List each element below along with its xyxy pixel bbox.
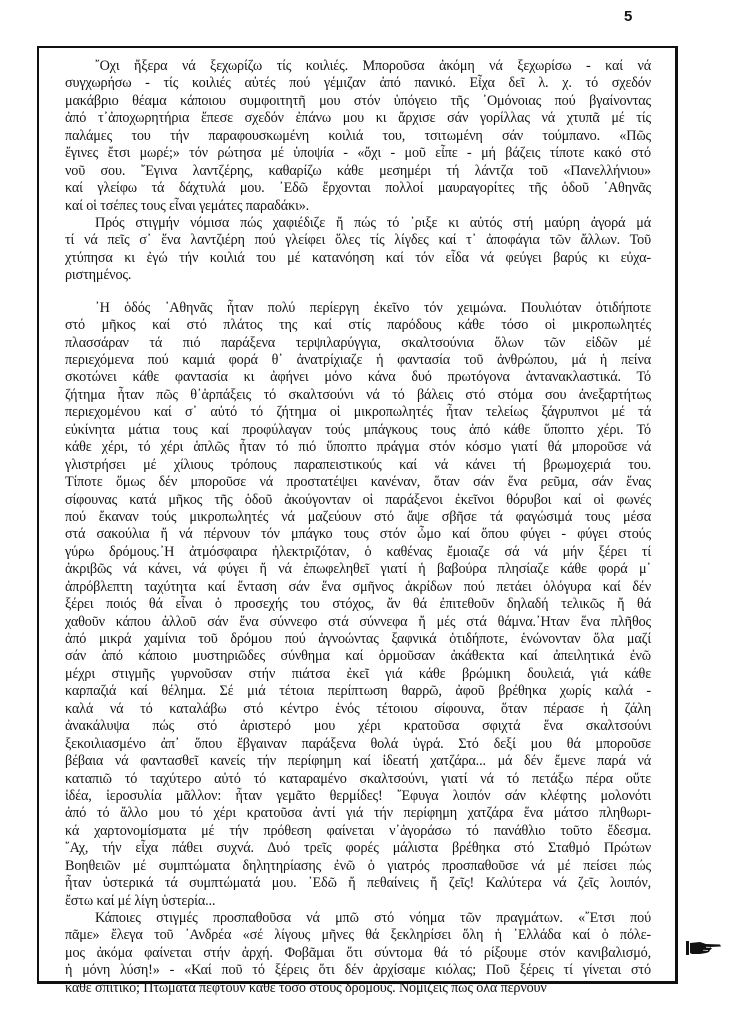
text-line: Τίποτε ὅμως δέν μποροῦσε νά προστατέψει … bbox=[65, 474, 651, 491]
text-line: περιεχομένου καί σ᾿ αὐτό τό ζήτημα οἱ μι… bbox=[65, 404, 651, 421]
text-line: ᾿Η ὁδός ᾿Αθηνᾶς ἦταν πολύ περίεργη ἐκεῖν… bbox=[65, 300, 651, 317]
text-line: ἔγινες ἔτσι μωρέ;» τόν ρώτησα μέ ὑποψία … bbox=[65, 145, 651, 162]
text-line: ἀνακάλυψα πώς στό ἀριστερό μου χέρι κρατ… bbox=[65, 718, 651, 735]
text-line: μέχρι στιγμῆς γυρνοῦσαν στήν πιάτσα ἐκεῖ… bbox=[65, 666, 651, 683]
text-line: καλά νά τό καταλάβω στό κέντρο ἑνός τέτο… bbox=[65, 701, 651, 718]
text-line: πλασσάραν τά πιό παράξενα τερψιλαρύγγια,… bbox=[65, 335, 651, 352]
text-line: ἀπρόβλεπτη ταχύτητα καί ἔνταση σάν ἕνα σ… bbox=[65, 579, 651, 596]
text-line: συγχωρήσω - τίς κοιλιές αὐτές πού γέμιζα… bbox=[65, 75, 651, 92]
text-line: Πρός στιγμήν νόμισα πώς χαφιέδιζε ἤ πώς … bbox=[65, 215, 651, 232]
text-line: πᾶμε» ἔλεγα τοῦ ᾿Ανδρέα «σέ λίγους μῆνες… bbox=[65, 927, 651, 944]
text-line: κάθε σπιτικό; Πτώματα πέφτουν κάθε τόσο … bbox=[65, 980, 651, 997]
text-line: στό μῆκος καί στό πλάτος της καί στίς πα… bbox=[65, 317, 651, 334]
text-frame: ῎Οχι ἤξερα νά ξεχωρίζω τίς κοιλιές. Μπορ… bbox=[37, 46, 678, 984]
text-line: ἀπό τ᾿ἀποχωρητήρια ἔπεσε σχεδόν ἐπάνω μο… bbox=[65, 110, 651, 127]
text-line: γλιστρήσει μέ χίλιους τρόπους παραπειστι… bbox=[65, 457, 651, 474]
text-line: κάθε χέρι, τό χέρι ἁπλῶς ἦταν τό πιό ὕπο… bbox=[65, 439, 651, 456]
text-line: ἀπό τό ἄλλο μου τό χέρι κρατοῦσα ἀντί γι… bbox=[65, 805, 651, 822]
text-line: ἔστω καί μέ λίγη ὑστερία... bbox=[65, 893, 651, 910]
text-line: Κάποιες στιγμές προσπαθοῦσα νά μπῶ στό ν… bbox=[65, 910, 651, 927]
text-line: ξεκοιλιασμένο ἀπ᾿ ὅπου ἔβγαιναν παράξενα… bbox=[65, 736, 651, 753]
text-line: καί γλείφω τά δάχτυλά μου. ᾿Εδῶ ἔρχονται… bbox=[65, 180, 651, 197]
text-line: ῎Οχι ἤξερα νά ξεχωρίζω τίς κοιλιές. Μπορ… bbox=[65, 58, 651, 75]
page-number: 5 bbox=[624, 8, 632, 25]
text-line: κά χαρτονομίσματα μέ τήν πρόθεση φαίνετα… bbox=[65, 823, 651, 840]
text-line: γύρω δρόμους.᾿Η ἀτμόσφαιρα ἠλεκτριζόταν,… bbox=[65, 544, 651, 561]
text-line: νοῦ σου. ῎Εγινα λαντζέρης, καθαρίζω κάθε… bbox=[65, 163, 651, 180]
text-line: ζήτημα ἦταν πῶς θ᾿ἁρπάξεις τό σκαλτσούνι… bbox=[65, 387, 651, 404]
text-line: στά σακούλια ἤ νά πέρνουν τόν μπάγκο του… bbox=[65, 526, 651, 543]
text-line: ἡ μόνη λύση!» - «Καί ποῦ τό ξέρεις ὅτι δ… bbox=[65, 962, 651, 979]
text-line: ἰδέα, ἱεροσυλία μᾶλλον: ἦταν γεμᾶτο θερμ… bbox=[65, 788, 651, 805]
text-line: καταπιῶ τό ταχύτερο αὐτό τό καταραμένο σ… bbox=[65, 771, 651, 788]
paragraph-gap bbox=[65, 285, 651, 300]
text-line: εὐκίνητα μάτια τους καί προφύλαγαν τούς … bbox=[65, 422, 651, 439]
text-line: ἦταν ὑστερικά τά συμπτώματά μου. ᾿Εδῶ ἤ … bbox=[65, 875, 651, 892]
pointing-hand-icon bbox=[686, 940, 722, 956]
text-line: καρπαζιά καί θέλημα. Σέ μιά τέτοια περίπ… bbox=[65, 683, 651, 700]
text-line: βέβαια νά φαντασθεῖ κανείς τήν περίφημη … bbox=[65, 753, 651, 770]
text-line: καί οἱ τσέπες τους εἶναι γεμάτες παραδάκ… bbox=[65, 198, 651, 215]
text-line: μακάβριο θέαμα κάποιου συμφοιτητῆ μου στ… bbox=[65, 93, 651, 110]
text-line: σίφουνας κατά μῆκος τῆς ὁδοῦ ἀκούγονταν … bbox=[65, 492, 651, 509]
text-line: ξέρει ποιός θά εἶναι ὁ προσεχής του στόχ… bbox=[65, 596, 651, 613]
text-line: περιεχόμενα πού καμιά φορά θ᾿ ἀνατρίχιαζ… bbox=[65, 352, 651, 369]
text-line: πού ἔκαναν τούς μικροπωλητές νά μαζεύουν… bbox=[65, 509, 651, 526]
body-text: ῎Οχι ἤξερα νά ξεχωρίζω τίς κοιλιές. Μπορ… bbox=[65, 58, 651, 997]
text-line: χτύπησα κι ἐγώ τήν κοιλιά του μέ κατανόη… bbox=[65, 250, 651, 267]
text-line: τί νά πεῖς σ᾿ ἕνα λαντζιέρη πού γλείφει … bbox=[65, 232, 651, 249]
text-line: μος ἀκόμα φαίνεται στήν ἀρχή. Φοβᾶμαι ὅτ… bbox=[65, 945, 651, 962]
text-line: ριστημένος. bbox=[65, 267, 651, 284]
text-line: παλάμες του τήν παραφουσκωμένη κοιλιά το… bbox=[65, 128, 651, 145]
text-line: χαθοῦν κάπου ἀλλοῦ σάν ἕνα σύννεφο στά σ… bbox=[65, 614, 651, 631]
text-line: Βοηθειῶν μέ συμπτώματα δηλητηρίασης ἐνῶ … bbox=[65, 858, 651, 875]
text-line: σάν ἀπό κάποιο μυστηριῶδες σύνθημα καί ὁ… bbox=[65, 648, 651, 665]
text-line: ῎Αχ, τήν εἶχα πάθει συχνά. Δυό τρεῖς φορ… bbox=[65, 840, 651, 857]
text-line: ἀπό μικρά χαμίνια τοῦ δρόμου πού ἀγνοώντ… bbox=[65, 631, 651, 648]
text-line: ἀκριβῶς νά κάνει, νά φύγει ἤ νά ἐπωφεληθ… bbox=[65, 561, 651, 578]
text-line: σκοτώνει κάθε φαντασία κι ἀφήνει μόνο κά… bbox=[65, 369, 651, 386]
